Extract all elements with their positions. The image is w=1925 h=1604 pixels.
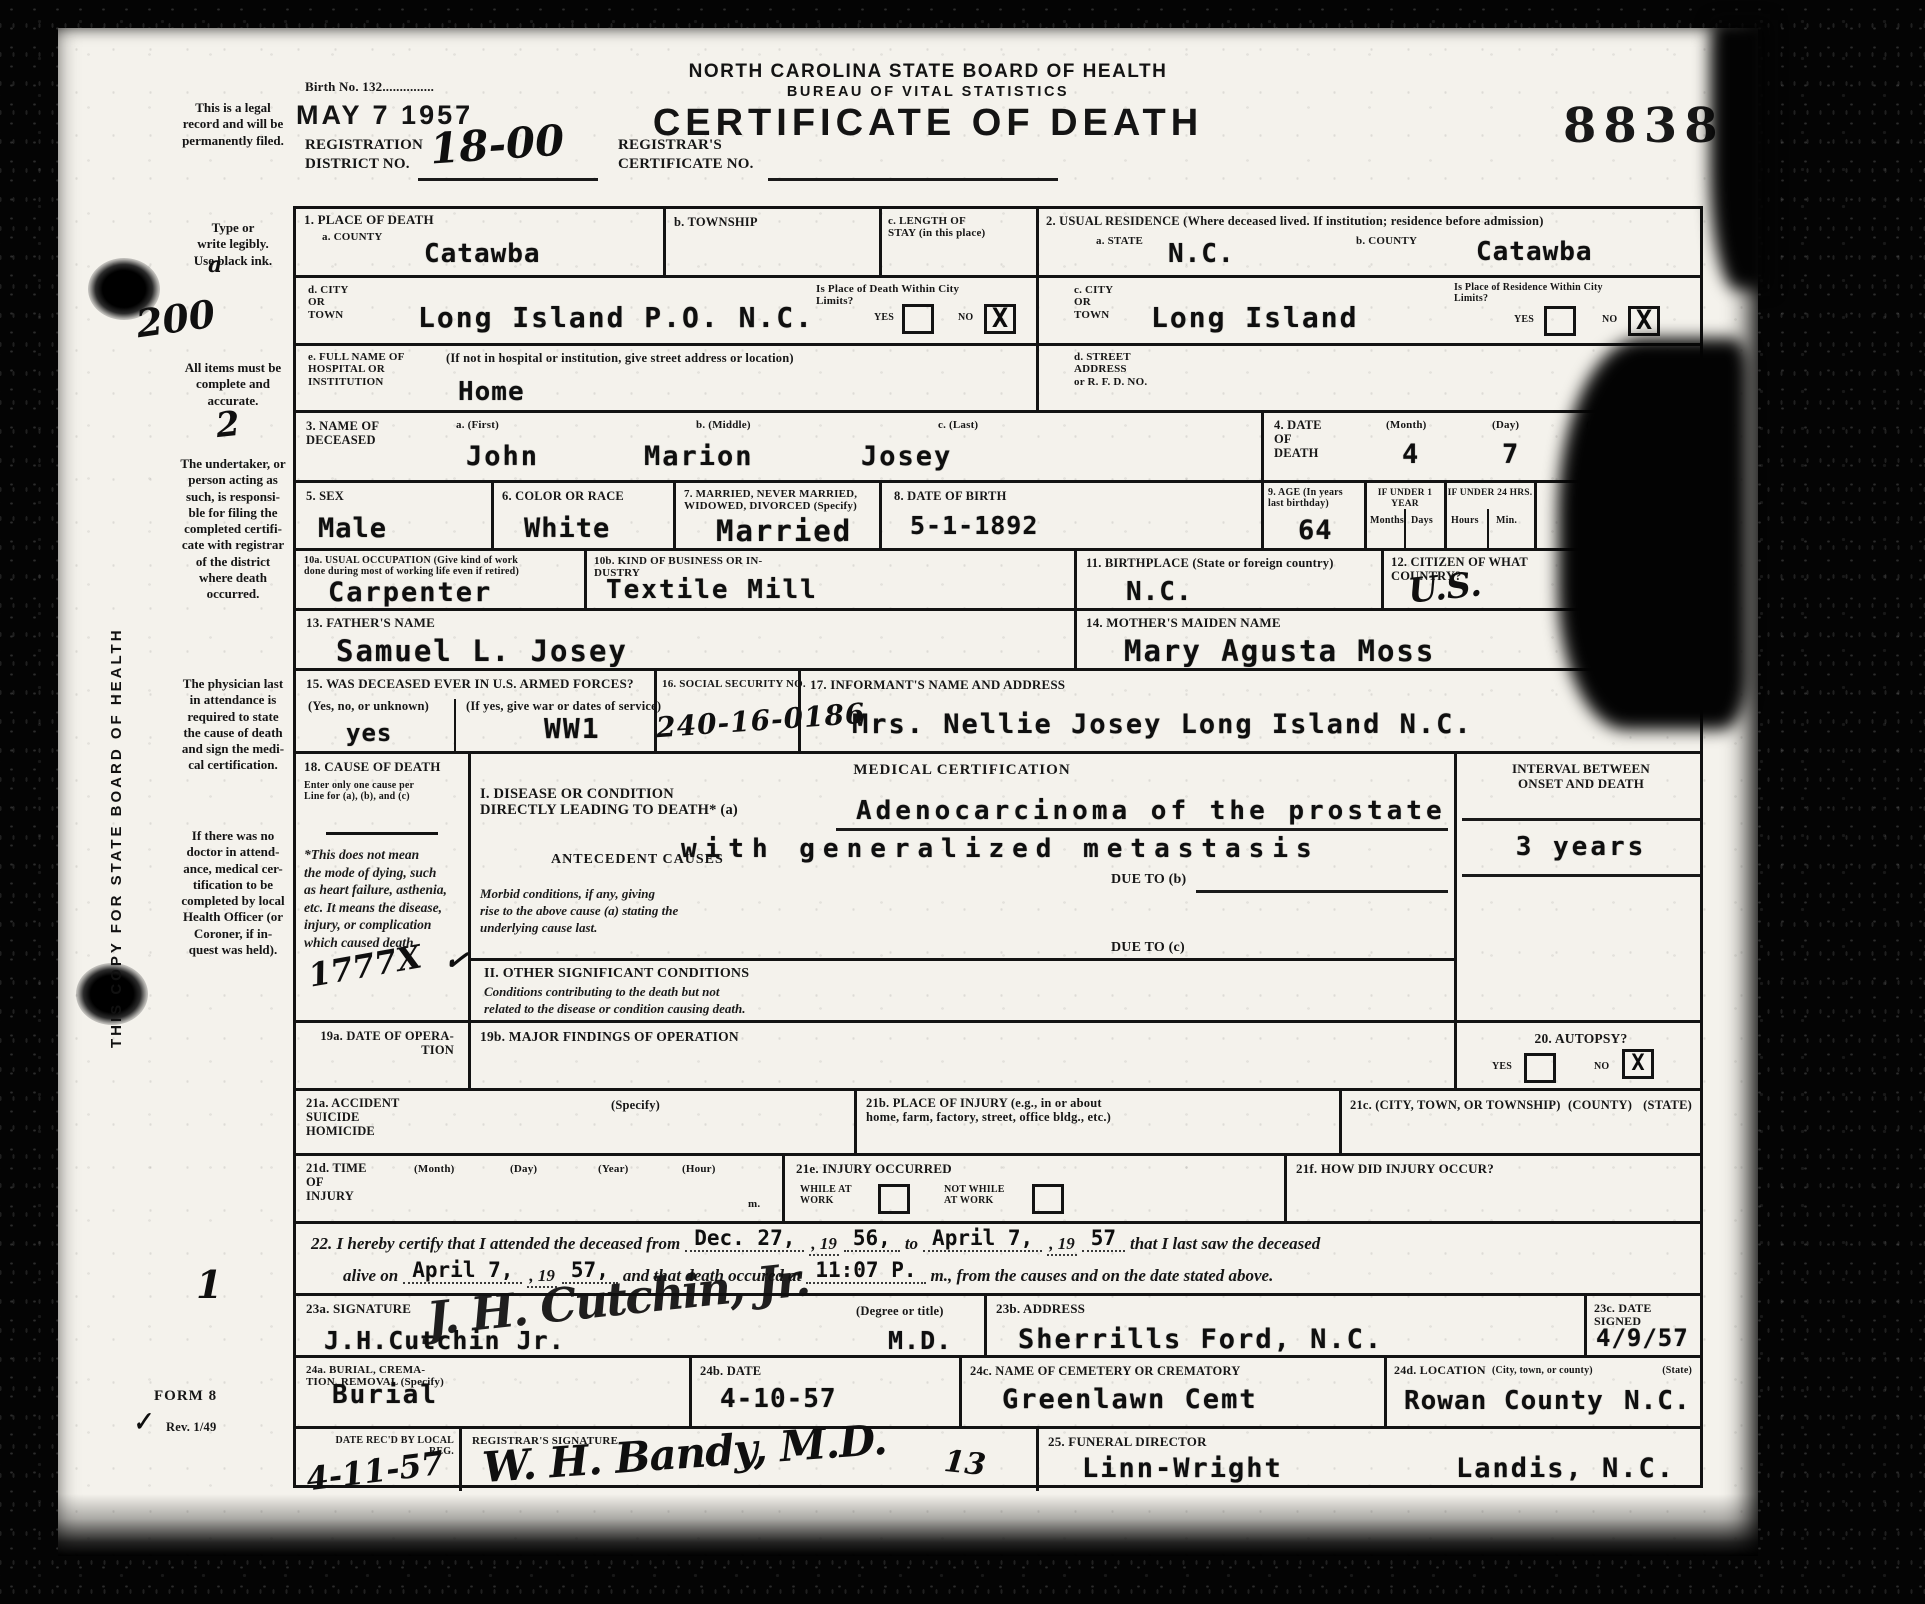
residence-state-label: a. STATE (1096, 235, 1143, 247)
street-address-label: d. STREET ADDRESS or R. F. D. NO. (1074, 351, 1147, 388)
ssn-label: 16. SOCIAL SECURITY NO. (662, 678, 806, 690)
ssn-value: 240-16-0186 (655, 700, 866, 743)
residence-limits-yes-checkbox (1544, 306, 1576, 336)
certify-from-year: 56, (844, 1226, 900, 1252)
certificate-no-underline (768, 178, 1058, 181)
certificate-title: CERTIFICATE OF DEATH (478, 102, 1378, 145)
divider-line (1036, 209, 1039, 275)
row-name: 3. NAME OF DECEASED a. (First) John b. (… (296, 410, 1700, 480)
row-place-of-death: 1. PLACE OF DEATH a. COUNTY Catawba b. T… (296, 209, 1700, 275)
residence-city-value: Long Island (1151, 304, 1358, 332)
row-parents: 13. FATHER'S NAME Samuel L. Josey 14. MO… (296, 608, 1700, 668)
registrar-signature-script: W. H. Bandy, M.D. (481, 1419, 888, 1489)
injury-month-label: (Month) (414, 1163, 455, 1175)
first-name-value: John (466, 443, 539, 470)
due-to-b-underline (1196, 890, 1448, 893)
township-label: b. TOWNSHIP (674, 215, 758, 229)
divider-line (468, 754, 471, 1020)
due-to-c-label: DUE TO (c) (1111, 940, 1185, 956)
due-to-b-label: DUE TO (b) (1111, 872, 1186, 888)
row-signature: 23a. SIGNATURE J.H.Cutchin Jr. J. H. Cut… (296, 1293, 1700, 1355)
handwritten-cause-check: ✓ (442, 944, 471, 977)
armed-forces-label: 15. WAS DECEASED EVER IN U.S. ARMED FORC… (306, 677, 634, 692)
interval-label: INTERVAL BETWEEN ONSET AND DEATH (1458, 762, 1704, 791)
accident-suicide-homicide-label: 21a. ACCIDENT SUICIDE HOMICIDE (306, 1096, 400, 1138)
armed-forces-sub1-label: (Yes, no, or unknown) (308, 699, 429, 713)
length-of-stay-label: c. LENGTH OF STAY (in this place) (888, 215, 985, 240)
date-of-operation-label: 19a. DATE OF OPERA- TION (304, 1029, 454, 1057)
hospital-paren-label: (If not in hospital or institution, give… (446, 351, 794, 365)
certify-death-time: 11:07 P. (806, 1258, 925, 1284)
father-value: Samuel L. Josey (336, 637, 628, 666)
date-signed-value: 4/9/57 (1596, 1326, 1689, 1350)
divider-line (959, 1358, 962, 1426)
funeral-director-name: Linn-Wright (1082, 1455, 1283, 1482)
other-conditions-note: Conditions contributing to the death but… (484, 984, 745, 1018)
certify-text: that I last saw the deceased (1130, 1234, 1320, 1254)
divider-line (1036, 1429, 1039, 1491)
while-at-work-label: WHILE AT WORK (800, 1184, 852, 1206)
divider-line (1384, 1358, 1387, 1426)
place-of-death-label: 1. PLACE OF DEATH (304, 213, 434, 228)
autopsy-no-checkbox: X (1622, 1049, 1654, 1079)
divider-line (584, 551, 587, 608)
morbid-note: Morbid conditions, if any, giving rise t… (480, 886, 678, 937)
injury-county-label: (COUNTY) (1568, 1098, 1632, 1112)
row-occupation: 10a. USUAL OCCUPATION (Give kind of work… (296, 548, 1700, 608)
degree-or-title-label: (Degree or title) (856, 1304, 944, 1318)
specify-label: (Specify) (611, 1098, 660, 1112)
divider-line (879, 209, 882, 275)
row-hospital: e. FULL NAME OF HOSPITAL OR INSTITUTION … (296, 343, 1700, 410)
not-while-at-work-label: NOT WHILE AT WORK (944, 1184, 1005, 1206)
divider-line (663, 209, 666, 275)
dob-value: 5-1-1892 (910, 513, 1038, 538)
certify-line-1: 22. I hereby certify that I attended the… (306, 1230, 1325, 1256)
business-value: Textile Mill (606, 577, 818, 603)
divider-line (491, 483, 494, 548)
certificate-form: 1. PLACE OF DEATH a. COUNTY Catawba b. T… (293, 206, 1703, 1488)
last-name-label: c. (Last) (938, 419, 978, 431)
divider-line (689, 1358, 692, 1426)
date-of-death-label: 4. DATE OF DEATH (1274, 418, 1322, 460)
major-findings-label: 19b. MAJOR FINDINGS OF OPERATION (480, 1029, 739, 1044)
certify-alive-date: April 7, (403, 1258, 522, 1284)
row-medical-certification: 18. CAUSE OF DEATH Enter only one cause … (296, 751, 1700, 1020)
funeral-director-label: 25. FUNERAL DIRECTOR (1048, 1435, 1207, 1450)
location-label: 24d. LOCATION (1394, 1364, 1486, 1377)
hours-label: Hours (1451, 515, 1479, 526)
handwritten-checkmark: ✓ (130, 1408, 154, 1435)
location-value: Rowan County (1404, 1388, 1604, 1414)
hospital-label: e. FULL NAME OF HOSPITAL OR INSTITUTION (308, 351, 405, 388)
scan-background: This is a legal record and will be perma… (0, 0, 1925, 1604)
injury-state-label: (STATE) (1643, 1098, 1692, 1112)
divider-line (854, 1091, 857, 1153)
residence-limits-no-checkbox: X (1628, 306, 1660, 336)
place-of-injury-label: 21b. PLACE OF INJURY (e.g., in or about … (866, 1096, 1111, 1124)
row-city-town: d. CITY OR TOWN Long Island P.O. N.C. Is… (296, 275, 1700, 343)
father-label: 13. FATHER'S NAME (306, 616, 435, 631)
divider-line (1454, 754, 1457, 1020)
burial-date-value: 4-10-57 (720, 1386, 837, 1412)
name-of-deceased-label: 3. NAME OF DECEASED (306, 419, 379, 447)
row-vitals: 5. SEX Male 6. COLOR OR RACE White 7. MA… (296, 480, 1700, 548)
certify-text: alive on (343, 1266, 398, 1286)
dod-month-label: (Month) (1386, 419, 1427, 431)
certify-to-date: April 7, (923, 1226, 1042, 1252)
if-under-24-hrs-label: IF UNDER 24 HRS. (1446, 488, 1534, 499)
armed-forces-answer: yes (346, 721, 392, 745)
certify-text: , 19 (1047, 1234, 1077, 1256)
residence-county-value: Catawba (1476, 239, 1593, 265)
row-burial: 24a. BURIAL, CREMA- TION, REMOVAL (Speci… (296, 1355, 1700, 1426)
divider-line (1036, 278, 1039, 343)
certificate-page: This is a legal record and will be perma… (58, 28, 1758, 1556)
handwritten-2: 2 (214, 407, 241, 443)
middle-name-value: Marion (644, 443, 754, 470)
race-label: 6. COLOR OR RACE (502, 489, 624, 503)
form-number: FORM 8 (154, 1388, 217, 1405)
interval-underline-bottom (1462, 874, 1700, 877)
divider-line (468, 958, 1457, 961)
hospital-value: Home (458, 379, 525, 405)
injury-hour-label: (Hour) (682, 1163, 716, 1175)
location-sub-label: (City, town, or county) (1492, 1365, 1593, 1376)
birthplace-value: N.C. (1126, 579, 1193, 605)
injury-city-label: 21c. (CITY, TOWN, OR TOWNSHIP) (1350, 1098, 1561, 1112)
certify-text: to (905, 1234, 918, 1254)
divider-line (984, 1296, 987, 1355)
residence-state-value: N.C. (1168, 241, 1235, 267)
interval-underline-top (1462, 818, 1700, 821)
handwritten-200: 200 (134, 295, 218, 344)
burial-date-label: 24b. DATE (700, 1364, 761, 1378)
row-service: 15. WAS DECEASED EVER IN U.S. ARMED FORC… (296, 668, 1700, 751)
mother-value: Mary Agusta Moss (1124, 637, 1435, 666)
min-label: Min. (1496, 515, 1517, 526)
bureau-subtitle: BUREAU OF VITAL STATISTICS (478, 84, 1378, 100)
divider-line (1487, 509, 1489, 548)
how-injury-occurred-label: 21f. HOW DID INJURY OCCUR? (1296, 1162, 1494, 1177)
divider-line (1534, 483, 1537, 548)
burial-value: Burial (332, 1382, 438, 1408)
degree-value: M.D. (888, 1328, 952, 1353)
first-name-label: a. (First) (456, 419, 499, 431)
divider-line (1261, 413, 1264, 480)
antecedent-label: ANTECEDENT CAUSES (551, 852, 724, 868)
address-value: Sherrills Ford, N.C. (1018, 1326, 1383, 1353)
death-limits-yes-checkbox (902, 304, 934, 334)
death-limits-yes-label: YES (874, 312, 894, 323)
scan-shadow-blob (1558, 338, 1748, 730)
injury-year-label: (Year) (598, 1163, 629, 1175)
sex-label: 5. SEX (306, 489, 344, 503)
registrar-district-number: 13 (943, 1447, 988, 1481)
death-limits-no-checkbox: X (984, 304, 1016, 334)
divider-line (1381, 551, 1384, 608)
divider-line (454, 699, 456, 751)
autopsy-yes-label: YES (1492, 1061, 1512, 1072)
divider-line (1584, 1296, 1587, 1355)
cause-note2: *This does not mean the mode of dying, s… (304, 846, 447, 951)
sex-value: Male (318, 515, 387, 542)
row-injury-type: 21a. ACCIDENT SUICIDE HOMICIDE (Specify)… (296, 1088, 1700, 1153)
race-value: White (524, 515, 610, 542)
margin-vertical-text: THIS COPY FOR STATE BOARD OF HEALTH (108, 488, 125, 1048)
certify-text: 22. I hereby certify that I attended the… (311, 1234, 680, 1254)
usual-residence-label: 2. USUAL RESIDENCE (Where deceased lived… (1046, 214, 1701, 228)
injury-occurred-label: 21e. INJURY OCCURRED (796, 1162, 952, 1177)
war-value: WW1 (544, 715, 601, 743)
divider-line (1454, 1023, 1457, 1088)
disease-underline (836, 828, 1448, 831)
dod-day-label: (Day) (1492, 419, 1519, 431)
dob-label: 8. DATE OF BIRTH (894, 489, 1007, 503)
scan-bottom-tear (58, 1494, 1758, 1556)
informant-value: Mrs. Nellie Josey Long Island N.C. (852, 711, 1473, 738)
residence-limits-question: Is Place of Residence Within City Limits… (1454, 282, 1603, 304)
cause-note1: Enter only one cause per Line for (a), (… (304, 780, 414, 802)
county-value: Catawba (424, 241, 541, 267)
location-state-value: N.C. (1624, 1388, 1691, 1414)
interval-value: 3 years (1458, 834, 1704, 860)
residence-city-label: c. CITY OR TOWN (1074, 284, 1113, 321)
armed-forces-sub2-label: (If yes, give war or dates of service) (466, 699, 661, 713)
divider-line (1036, 346, 1039, 410)
divider-line (1074, 611, 1077, 668)
row-registrar: DATE REC'D BY LOCAL REG. 4-11-57 REGISTR… (296, 1426, 1700, 1491)
occupation-value: Carpenter (328, 579, 492, 606)
occupation-label: 10a. USUAL OCCUPATION (Give kind of work… (304, 555, 519, 577)
disease-value: Adenocarcinoma of the prostate (856, 798, 1446, 824)
disease-label: I. DISEASE OR CONDITION DIRECTLY LEADING… (480, 786, 738, 818)
row-operation: 19a. DATE OF OPERA- TION 19b. MAJOR FIND… (296, 1020, 1700, 1088)
residence-limits-yes-label: YES (1514, 314, 1534, 325)
registration-district-label: REGISTRATION DISTRICT NO. (305, 136, 423, 174)
birth-no-label: Birth No. 132............... (305, 80, 434, 95)
cause-of-death-label: 18. CAUSE OF DEATH (304, 760, 441, 775)
birthplace-label: 11. BIRTHPLACE (State or foreign country… (1086, 556, 1334, 570)
while-at-work-checkbox (878, 1184, 910, 1214)
marital-value: Married (716, 517, 852, 546)
district-underline (418, 178, 598, 181)
last-name-value: Josey (861, 443, 952, 470)
death-city-label: d. CITY OR TOWN (308, 284, 349, 321)
signature-label: 23a. SIGNATURE (306, 1302, 411, 1317)
scan-corner-shadow (1710, 20, 1770, 290)
citizen-value: U.S. (1406, 567, 1483, 609)
certify-text: , 19 (809, 1234, 839, 1256)
disease-value2: with generalized metastasis (681, 836, 1320, 862)
age-label: 9. AGE (In years last birthday) (1268, 487, 1343, 509)
autopsy-no-label: NO (1594, 1061, 1609, 1072)
divider-line (1339, 1091, 1342, 1153)
divider-line (459, 1429, 462, 1491)
divider-line (468, 1023, 471, 1088)
divider-line (1284, 1156, 1287, 1221)
divider-line (1261, 483, 1264, 548)
certify-from-date: Dec. 27, (685, 1226, 804, 1252)
cemetery-value: Greenlawn Cemt (1002, 1386, 1258, 1413)
residence-limits-no-label: NO (1602, 314, 1617, 325)
informant-label: 17. INFORMANT'S NAME AND ADDRESS (810, 678, 1065, 693)
board-title: NORTH CAROLINA STATE BOARD OF HEALTH (478, 61, 1378, 83)
age-value: 64 (1298, 517, 1333, 544)
residence-county-label: b. COUNTY (1356, 235, 1417, 247)
certify-to-year: 57 (1082, 1226, 1125, 1252)
marital-label: 7. MARRIED, NEVER MARRIED, WIDOWED, DIVO… (684, 488, 857, 513)
autopsy-yes-checkbox (1524, 1053, 1556, 1083)
location-state-label: (State) (1662, 1365, 1692, 1376)
divider-line (782, 1156, 785, 1221)
revision-label: Rev. 1/49 (166, 1420, 216, 1434)
divider-line (673, 483, 676, 548)
row-certify-statement: 22. I hereby certify that I attended the… (296, 1221, 1700, 1293)
row-injury-time: 21d. TIME OF INJURY (Month) (Day) (Year)… (296, 1153, 1700, 1221)
handwritten-1: 1 (196, 1266, 222, 1304)
death-city-value: Long Island P.O. N.C. (418, 304, 814, 332)
other-conditions-label: II. OTHER SIGNIFICANT CONDITIONS (484, 966, 749, 982)
serial-number: 8838 (1563, 98, 1725, 154)
months-label: Months (1370, 515, 1404, 526)
divider-line (1404, 509, 1406, 548)
time-of-injury-label: 21d. TIME OF INJURY (306, 1161, 367, 1203)
death-limits-question: Is Place of Death Within City Limits? (816, 283, 959, 308)
divider-line (879, 483, 882, 548)
medical-certification-title: MEDICAL CERTIFICATION (468, 762, 1456, 779)
not-while-at-work-checkbox (1032, 1184, 1064, 1214)
cemetery-label: 24c. NAME OF CEMETERY OR CREMATORY (970, 1364, 1241, 1378)
death-limits-no-label: NO (958, 312, 973, 323)
divider-line (326, 832, 438, 835)
certify-text: m., from the causes and on the date stat… (931, 1266, 1274, 1286)
autopsy-label: 20. AUTOPSY? (1458, 1031, 1704, 1046)
dod-day-value: 7 (1502, 441, 1519, 468)
days-label: Days (1411, 515, 1433, 526)
middle-name-label: b. (Middle) (696, 419, 751, 431)
address-label: 23b. ADDRESS (996, 1302, 1085, 1317)
divider-line (1074, 551, 1077, 608)
dod-month-value: 4 (1402, 441, 1419, 468)
mother-label: 14. MOTHER'S MAIDEN NAME (1086, 616, 1281, 631)
handwritten-a: a (208, 254, 222, 276)
injury-day-label: (Day) (510, 1163, 537, 1175)
injury-m-label: m. (748, 1198, 760, 1210)
if-under-1-year-label: IF UNDER 1 YEAR (1366, 488, 1444, 509)
funeral-director-city: Landis, N.C. (1456, 1455, 1675, 1482)
county-label: a. COUNTY (322, 231, 382, 243)
